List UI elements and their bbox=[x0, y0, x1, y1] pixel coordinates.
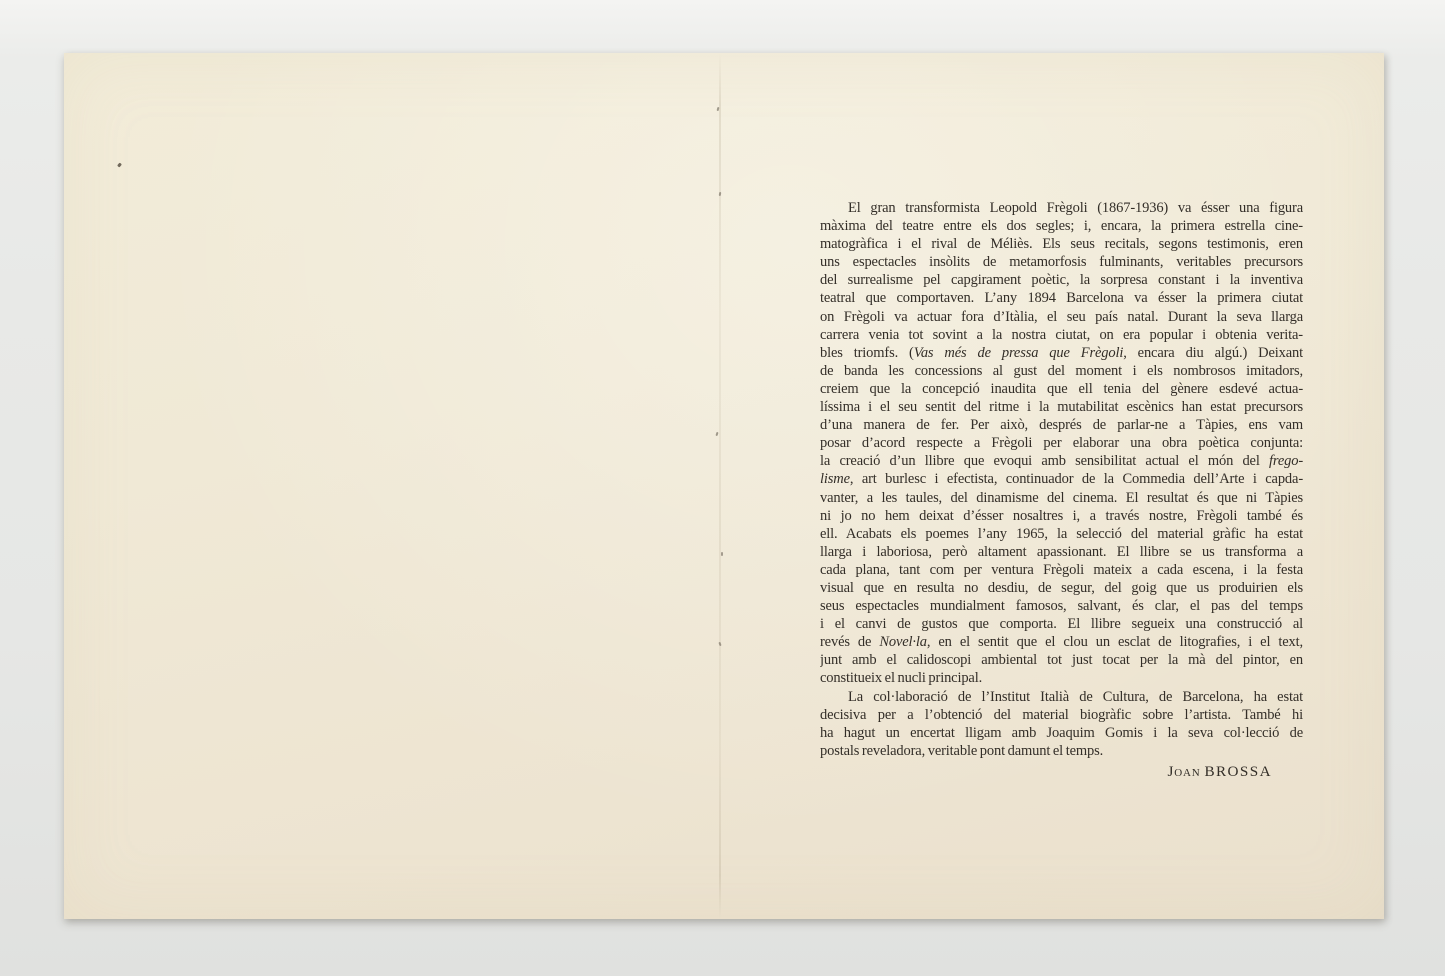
text-line: i el canvi de gustos que comporta. El ll… bbox=[820, 615, 1303, 633]
text-line: la creació d’un llibre que evoqui amb se… bbox=[820, 452, 1303, 470]
text-line: on Frègoli va actuar fora d’Itàlia, el s… bbox=[820, 308, 1303, 326]
text-line: ni jo no hem deixat d’ésser nosaltres i,… bbox=[820, 507, 1303, 525]
text-line: líssima i el seu sentit del ritme i la m… bbox=[820, 398, 1303, 416]
text-line: visual que en resulta no desdiu, de segu… bbox=[820, 579, 1303, 597]
signature: JoanBROSSA bbox=[820, 763, 1303, 783]
text-line: revés de Novel·la, en el sentit que el c… bbox=[820, 633, 1303, 651]
text-line: màxima del teatre entre els dos segles; … bbox=[820, 217, 1303, 235]
text-line: carrera venia tot sovint a la nostra ciu… bbox=[820, 326, 1303, 344]
fold-crease bbox=[719, 53, 721, 919]
text-line: vanter, a les taules, del dinamisme del … bbox=[820, 489, 1303, 507]
text-line: ell. Acabats els poemes l’any 1965, la s… bbox=[820, 525, 1303, 543]
signature-given-name: Joan bbox=[1168, 763, 1201, 780]
fold-stitch-mark bbox=[721, 552, 723, 556]
fold-stitch-mark bbox=[718, 642, 721, 646]
text-line: d’una manera de fer. Per això, després d… bbox=[820, 416, 1303, 434]
text-line: junt amb el calidoscopi ambiental tot ju… bbox=[820, 651, 1303, 669]
text-line: constitueix el nucli principal. bbox=[820, 669, 1303, 687]
text-line: uns espectacles insòlits de metamorfosis… bbox=[820, 253, 1303, 271]
paper-sheet: El gran transformista Leopold Frègoli (1… bbox=[64, 53, 1384, 919]
text-line: del surrealisme pel capgirament poètic, … bbox=[820, 271, 1303, 289]
text-line: creiem que la concepció inaudita que ell… bbox=[820, 380, 1303, 398]
photo-background: El gran transformista Leopold Frègoli (1… bbox=[0, 0, 1445, 976]
paper-speck bbox=[117, 163, 122, 168]
text-line: llarga i laboriosa, però altament apassi… bbox=[820, 543, 1303, 561]
text-line: lisme, art burlesc i efectista, continua… bbox=[820, 470, 1303, 488]
text-line: posar d’acord respecte a Frègoli per ela… bbox=[820, 434, 1303, 452]
text-line: ha hagut un encertat lligam amb Joaquim … bbox=[820, 724, 1303, 742]
text-line: de banda les concessions al gust del mom… bbox=[820, 362, 1303, 380]
text-line: bles triomfs. (Vas més de pressa que Frè… bbox=[820, 344, 1303, 362]
text-line: postals reveladora, veritable pont damun… bbox=[820, 742, 1303, 760]
text-line: matogràfica i el rival de Méliès. Els se… bbox=[820, 235, 1303, 253]
text-block: El gran transformista Leopold Frègoli (1… bbox=[820, 199, 1303, 783]
text-line: La col·laboració de l’Institut Italià de… bbox=[820, 688, 1303, 706]
text-line: El gran transformista Leopold Frègoli (1… bbox=[820, 199, 1303, 217]
signature-family-name: BROSSA bbox=[1205, 763, 1273, 780]
text-line: teatral que comportaven. L’any 1894 Barc… bbox=[820, 289, 1303, 307]
text-line: seus espectacles mundialment famosos, sa… bbox=[820, 597, 1303, 615]
text-line: decisiva per a l’obtenció del material b… bbox=[820, 706, 1303, 724]
paragraph-lines: El gran transformista Leopold Frègoli (1… bbox=[820, 199, 1303, 760]
text-line: cada plana, tant com per ventura Frègoli… bbox=[820, 561, 1303, 579]
